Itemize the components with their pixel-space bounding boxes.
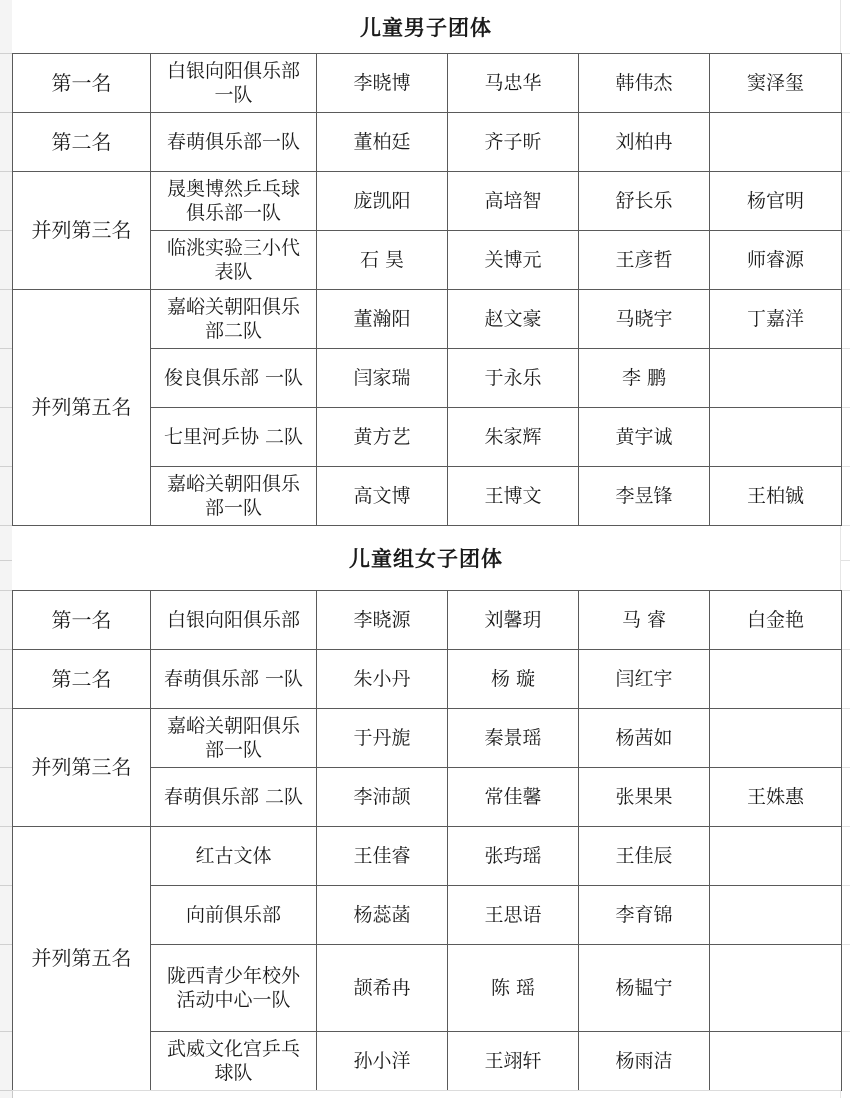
- gutter-divider: [0, 560, 12, 561]
- table-row: 并列第三名 晟奥博然乒乓球俱乐部一队 庞凯阳 高培智 舒长乐 杨官明: [13, 172, 842, 231]
- player-cell: 马 睿: [579, 591, 710, 650]
- player-cell: 王姝惠: [710, 768, 842, 827]
- player-cell: 李育锦: [579, 886, 710, 945]
- rank-cell: 第一名: [13, 54, 151, 113]
- player-cell: 董瀚阳: [317, 290, 448, 349]
- team-cell: 嘉峪关朝阳俱乐部二队: [151, 290, 317, 349]
- player-cell: 杨雨洁: [579, 1032, 710, 1091]
- gutter-divider: [0, 171, 12, 172]
- player-cell: 韩伟杰: [579, 54, 710, 113]
- sheet-gridline: [12, 1090, 841, 1098]
- player-cell: 黄方艺: [317, 408, 448, 467]
- player-cell: 庞凯阳: [317, 172, 448, 231]
- team-cell: 俊良俱乐部 一队: [151, 349, 317, 408]
- gutter-divider: [0, 407, 12, 408]
- player-cell: 石 昊: [317, 231, 448, 290]
- rank-cell: 第二名: [13, 650, 151, 709]
- team-cell: 临洮实验三小代表队: [151, 231, 317, 290]
- table-row: 第二名 春萌俱乐部一队 董柏廷 齐子昕 刘柏冉: [13, 113, 842, 172]
- team-cell: 春萌俱乐部 一队: [151, 650, 317, 709]
- player-cell: 杨 璇: [448, 650, 579, 709]
- gutter-divider: [0, 649, 12, 650]
- player-cell: 陈 瑶: [448, 945, 579, 1032]
- player-cell: 王博文: [448, 467, 579, 526]
- player-cell: [710, 349, 842, 408]
- player-cell: 闫红宇: [579, 650, 710, 709]
- player-cell: 朱家辉: [448, 408, 579, 467]
- gutter-divider: [0, 466, 12, 467]
- rank-cell: 第二名: [13, 113, 151, 172]
- player-cell: 李晓源: [317, 591, 448, 650]
- player-cell: 于永乐: [448, 349, 579, 408]
- player-cell: 于丹旎: [317, 709, 448, 768]
- table-row: 第二名 春萌俱乐部 一队 朱小丹 杨 璇 闫红宇: [13, 650, 842, 709]
- player-cell: 黄宇诚: [579, 408, 710, 467]
- player-cell: 齐子昕: [448, 113, 579, 172]
- player-cell: 朱小丹: [317, 650, 448, 709]
- gutter-divider: [0, 944, 12, 945]
- rank-cell: 并列第三名: [13, 172, 151, 290]
- player-cell: 窦泽玺: [710, 54, 842, 113]
- player-cell: 马晓宇: [579, 290, 710, 349]
- table-row: 并列第三名 嘉峪关朝阳俱乐部一队 于丹旎 秦景瑶 杨茜如: [13, 709, 842, 768]
- player-cell: 王柏铖: [710, 467, 842, 526]
- gutter-divider: [0, 767, 12, 768]
- player-cell: [710, 945, 842, 1032]
- gutter-divider: [0, 289, 12, 290]
- gutter-divider: [0, 885, 12, 886]
- rank-cell: 并列第五名: [13, 290, 151, 526]
- player-cell: 李昱锋: [579, 467, 710, 526]
- player-cell: 张果果: [579, 768, 710, 827]
- player-cell: 赵文豪: [448, 290, 579, 349]
- player-cell: [710, 709, 842, 768]
- player-cell: 马忠华: [448, 54, 579, 113]
- table-row: 并列第五名 嘉峪关朝阳俱乐部二队 董瀚阳 赵文豪 马晓宇 丁嘉洋: [13, 290, 842, 349]
- player-cell: 白金艳: [710, 591, 842, 650]
- table-row: 第一名 白银向阳俱乐部一队 李晓博 马忠华 韩伟杰 窦泽玺: [13, 54, 842, 113]
- gutter-divider: [0, 708, 12, 709]
- boys-team-results-table: 第一名 白银向阳俱乐部一队 李晓博 马忠华 韩伟杰 窦泽玺 第二名 春萌俱乐部一…: [12, 53, 842, 526]
- player-cell: 杨官明: [710, 172, 842, 231]
- player-cell: [710, 827, 842, 886]
- rank-cell: 并列第五名: [13, 827, 151, 1091]
- gutter-divider: [0, 112, 12, 113]
- player-cell: [710, 408, 842, 467]
- gutter-divider: [0, 525, 12, 526]
- team-cell: 白银向阳俱乐部: [151, 591, 317, 650]
- team-cell: 陇西青少年校外活动中心一队: [151, 945, 317, 1032]
- player-cell: 丁嘉洋: [710, 290, 842, 349]
- player-cell: 刘馨玥: [448, 591, 579, 650]
- player-cell: 常佳馨: [448, 768, 579, 827]
- player-cell: [710, 1032, 842, 1091]
- team-cell: 向前俱乐部: [151, 886, 317, 945]
- player-cell: 杨蕊菡: [317, 886, 448, 945]
- section-title-boys-team: 儿童男子团体: [12, 0, 840, 54]
- player-cell: 董柏廷: [317, 113, 448, 172]
- table-row: 第一名 白银向阳俱乐部 李晓源 刘馨玥 马 睿 白金艳: [13, 591, 842, 650]
- player-cell: 张玙瑶: [448, 827, 579, 886]
- player-cell: 王翊轩: [448, 1032, 579, 1091]
- team-cell: 嘉峪关朝阳俱乐部一队: [151, 467, 317, 526]
- player-cell: 李 鹏: [579, 349, 710, 408]
- player-cell: 王佳辰: [579, 827, 710, 886]
- rank-cell: 并列第三名: [13, 709, 151, 827]
- player-cell: 李晓博: [317, 54, 448, 113]
- player-cell: 颉希冉: [317, 945, 448, 1032]
- gutter-divider: [0, 53, 12, 54]
- player-cell: [710, 650, 842, 709]
- player-cell: 高培智: [448, 172, 579, 231]
- player-cell: 王佳睿: [317, 827, 448, 886]
- player-cell: 刘柏冉: [579, 113, 710, 172]
- team-cell: 红古文体: [151, 827, 317, 886]
- section-title-girls-team: 儿童组女子团体: [12, 526, 840, 591]
- player-cell: [710, 113, 842, 172]
- player-cell: 秦景瑶: [448, 709, 579, 768]
- player-cell: 杨茜如: [579, 709, 710, 768]
- team-cell: 武威文化宫乒乓球队: [151, 1032, 317, 1091]
- player-cell: [710, 886, 842, 945]
- player-cell: 闫家瑞: [317, 349, 448, 408]
- team-cell: 晟奥博然乒乓球俱乐部一队: [151, 172, 317, 231]
- player-cell: 孙小洋: [317, 1032, 448, 1091]
- gutter-divider: [0, 348, 12, 349]
- rank-cell: 第一名: [13, 591, 151, 650]
- girls-team-results-table: 第一名 白银向阳俱乐部 李晓源 刘馨玥 马 睿 白金艳 第二名 春萌俱乐部 一队…: [12, 590, 842, 1091]
- gutter-divider: [0, 826, 12, 827]
- table-row: 并列第五名 红古文体 王佳睿 张玙瑶 王佳辰: [13, 827, 842, 886]
- player-cell: 高文博: [317, 467, 448, 526]
- player-cell: 王彦哲: [579, 231, 710, 290]
- team-cell: 春萌俱乐部 二队: [151, 768, 317, 827]
- right-gridlines: [841, 0, 850, 1098]
- team-cell: 七里河乒协 二队: [151, 408, 317, 467]
- gutter-divider: [0, 1090, 12, 1091]
- player-cell: 师睿源: [710, 231, 842, 290]
- player-cell: 舒长乐: [579, 172, 710, 231]
- gutter-divider: [0, 1031, 12, 1032]
- player-cell: 关博元: [448, 231, 579, 290]
- player-cell: 王思语: [448, 886, 579, 945]
- gutter-divider: [0, 230, 12, 231]
- player-cell: 李沛颉: [317, 768, 448, 827]
- team-cell: 白银向阳俱乐部一队: [151, 54, 317, 113]
- team-cell: 嘉峪关朝阳俱乐部一队: [151, 709, 317, 768]
- player-cell: 杨韫宁: [579, 945, 710, 1032]
- gutter-divider: [0, 590, 12, 591]
- team-cell: 春萌俱乐部一队: [151, 113, 317, 172]
